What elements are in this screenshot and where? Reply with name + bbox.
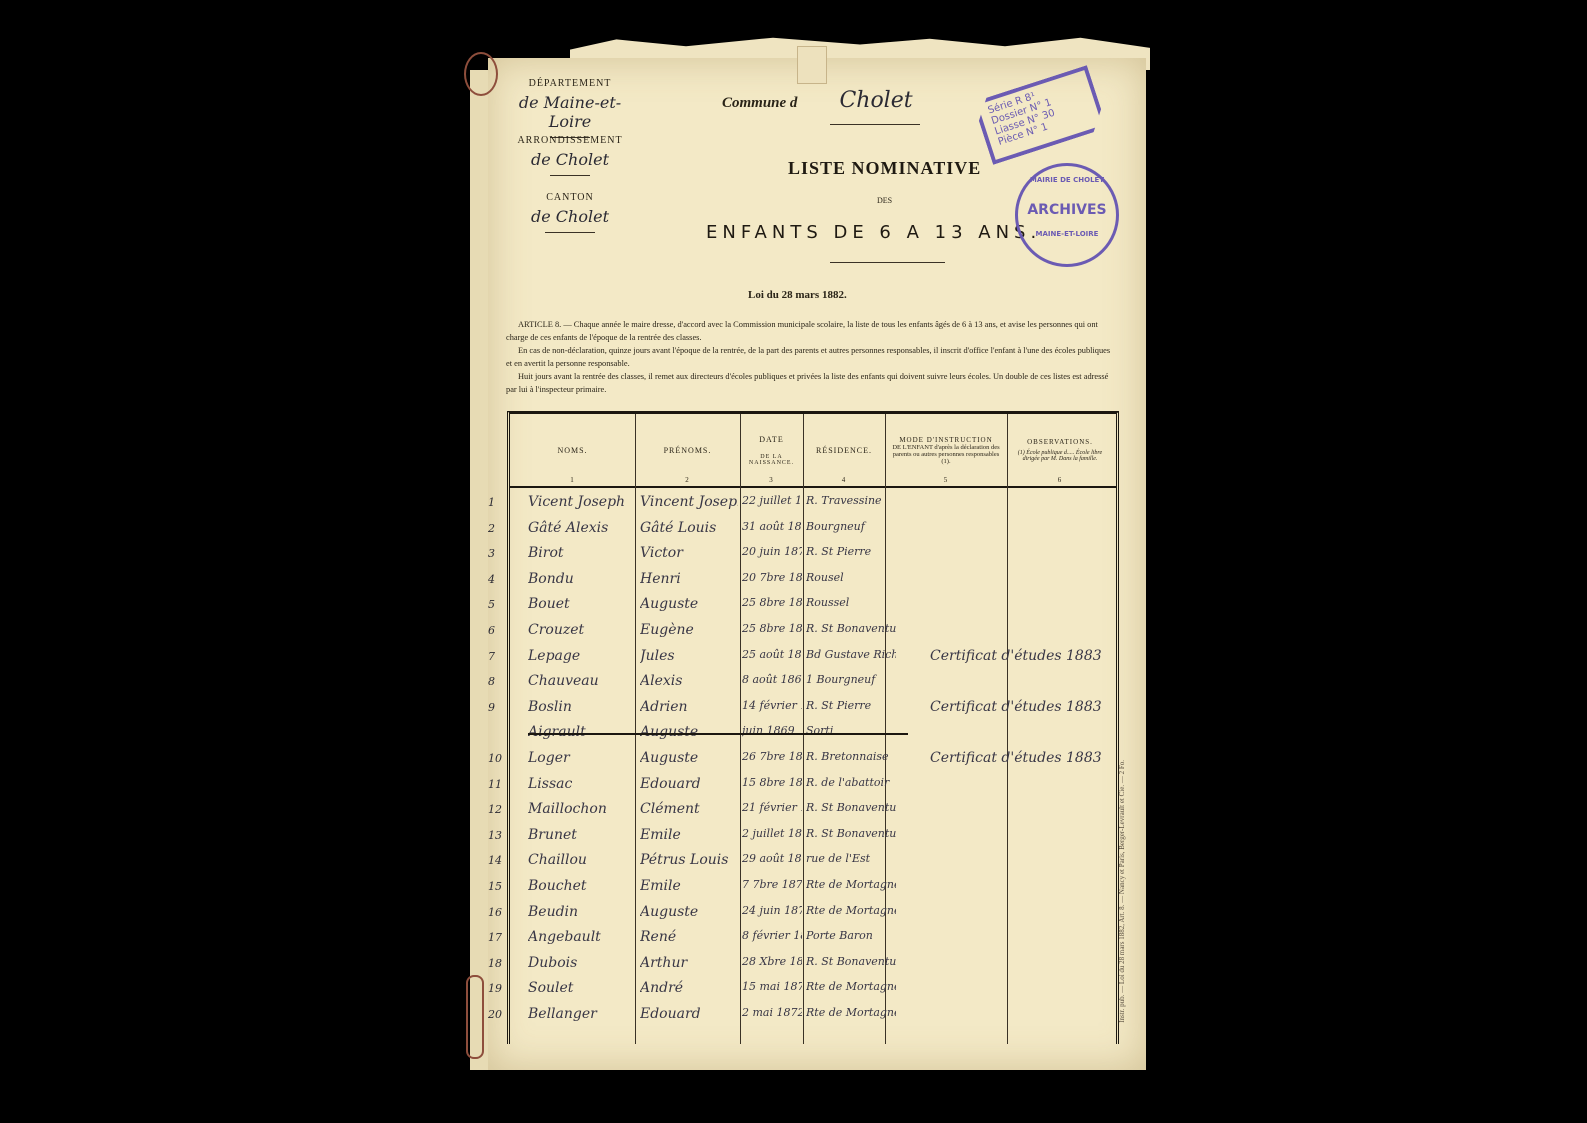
cell-residence: R. St Bonaventure (806, 955, 896, 968)
cell-prenom: Edouard (640, 776, 738, 792)
row-number: 13 (488, 829, 502, 842)
table-row: 1Vicent JosephVincent Joseph22 juillet 1… (510, 490, 1116, 516)
table-row: 14ChaillouPétrus Louis29 août 1870rue de… (510, 848, 1116, 874)
table-row: 18DuboisArthur28 Xbre 1873R. St Bonavent… (510, 951, 1116, 977)
cell-residence: Rte de Mortagne (806, 904, 896, 917)
cell-prenom: Clément (640, 801, 738, 817)
cell-date: 14 février 1871 (742, 699, 802, 712)
table-row: 2Gâté AlexisGâté Louis31 août 1871Bourgn… (510, 516, 1116, 542)
departement-label: DÉPARTEMENT (500, 78, 640, 89)
cell-date: 15 8bre 1870 (742, 776, 802, 789)
cell-date: 24 juin 1870 (742, 904, 802, 917)
table-row: 13BrunetEmile2 juillet 1870R. St Bonaven… (510, 823, 1116, 849)
commune-value: Cholet (839, 88, 912, 113)
cell-prenom: Pétrus Louis (640, 852, 738, 868)
row-number: 6 (488, 624, 495, 637)
table-row: 7LepageJules25 août 1870Bd Gustave Richa… (510, 644, 1116, 670)
document-subtitle: ENFANTS DE 6 A 13 ANS. (706, 222, 1041, 243)
cell-prenom: Auguste (640, 904, 738, 920)
commune-label: Commune d (722, 95, 797, 111)
table-row: 17AngebaultRené8 février 1872Porte Baron (510, 925, 1116, 951)
table-row: 12MaillochonClément21 février 1869R. St … (510, 797, 1116, 823)
cell-nom: Bondu (528, 571, 633, 587)
cell-date: 2 juillet 1870 (742, 827, 802, 840)
strikethrough-line (528, 733, 908, 735)
row-number: 2 (488, 522, 495, 535)
table-row: AigraultAugustejuin 1869Sorti (510, 720, 1116, 746)
cell-date: 25 8bre 1870 (742, 596, 802, 609)
document-title: LISTE NOMINATIVE (788, 158, 981, 179)
stamp-center-text: ARCHIVES (1018, 202, 1116, 218)
cell-nom: Lissac (528, 776, 633, 792)
article-paragraph: En cas de non-déclaration, quinze jours … (506, 344, 1116, 370)
cell-residence: 1 Bourgneuf (806, 673, 896, 686)
cell-nom: Crouzet (528, 622, 633, 638)
cell-residence: R. Travessine (806, 494, 896, 507)
cell-date: 25 août 1870 (742, 648, 802, 661)
cell-nom: Beudin (528, 904, 633, 920)
column-header-mode-instruction: MODE D'INSTRUCTIONDE L'ENFANT d'après la… (885, 414, 1007, 486)
cell-residence: Bourgneuf (806, 520, 896, 533)
arrondissement-block: ARRONDISSEMENT de Cholet (500, 135, 640, 182)
row-number: 5 (488, 598, 495, 611)
cell-residence: Roussel (806, 596, 896, 609)
row-number: 1 (488, 496, 495, 509)
table-row: 10LogerAuguste26 7bre 1871R. Bretonnaise… (510, 746, 1116, 772)
cell-residence: Rousel (806, 571, 896, 584)
cell-nom: Vicent Joseph (528, 494, 633, 510)
article-paragraph: ARTICLE 8. — Chaque année le maire dress… (506, 318, 1116, 344)
row-number: 9 (488, 701, 495, 714)
table-row: 19SouletAndré15 mai 1871Rte de Mortagne (510, 976, 1116, 1002)
cell-residence: Rte de Mortagne (806, 878, 896, 891)
cell-residence: Sorti (806, 724, 896, 737)
cell-prenom: Emile (640, 827, 738, 843)
table-row: 3BirotVictor20 juin 1870R. St Pierre (510, 541, 1116, 567)
cell-nom: Brunet (528, 827, 633, 843)
row-number: 8 (488, 675, 495, 688)
cell-date: juin 1869 (742, 724, 802, 737)
table-row: 16BeudinAuguste24 juin 1870Rte de Mortag… (510, 900, 1116, 926)
cell-prenom: Victor (640, 545, 738, 561)
cell-date: 20 juin 1870 (742, 545, 802, 558)
cell-residence: Bd Gustave Richard (806, 648, 896, 661)
cell-residence: R. St Pierre (806, 545, 896, 558)
cell-residence: Porte Baron (806, 929, 896, 942)
article-text: ARTICLE 8. — Chaque année le maire dress… (506, 318, 1116, 396)
row-number: 14 (488, 854, 502, 867)
cell-prenom: Emile (640, 878, 738, 894)
table-row: 6CrouzetEugène25 8bre 1870R. St Bonavent… (510, 618, 1116, 644)
cell-prenom: Henri (640, 571, 738, 587)
cell-nom: Dubois (528, 955, 633, 971)
table-row: 4BonduHenri20 7bre 1869Rousel (510, 567, 1116, 593)
cell-date: 8 février 1872 (742, 929, 802, 942)
cell-date: 31 août 1871 (742, 520, 802, 533)
canton-label: CANTON (500, 192, 640, 203)
cell-date: 21 février 1869 (742, 801, 802, 814)
cell-prenom: Auguste (640, 596, 738, 612)
cell-prenom: Gâté Louis (640, 520, 738, 536)
stamp-top-text: MAIRIE DE CHOLET (1018, 176, 1116, 184)
table-row: 9BoslinAdrien14 février 1871R. St Pierre… (510, 695, 1116, 721)
row-number: 7 (488, 650, 495, 663)
ornament-divider (830, 262, 945, 263)
cell-nom: Chauveau (528, 673, 633, 689)
cell-prenom: Auguste (640, 724, 738, 740)
cell-date: 25 8bre 1870 (742, 622, 802, 635)
cell-date: 20 7bre 1869 (742, 571, 802, 584)
arrondissement-value: de Cholet (500, 150, 640, 169)
title-des: DES (877, 196, 892, 205)
enfants-table: NOMS.1 PRÉNOMS.2 DATEDE LA NAISSANCE.3 R… (507, 411, 1119, 1044)
canton-value: de Cholet (500, 207, 640, 226)
column-header-observations: OBSERVATIONS.(1) École publique d..... É… (1007, 414, 1113, 486)
cell-prenom: Edouard (640, 1006, 738, 1022)
cell-nom: Gâté Alexis (528, 520, 633, 536)
cell-prenom: Arthur (640, 955, 738, 971)
table-row: 8ChauveauAlexis8 août 18691 Bourgneuf (510, 669, 1116, 695)
cell-date: 26 7bre 1871 (742, 750, 802, 763)
commune-line: Commune d Cholet (722, 88, 913, 113)
cell-residence: Rte de Mortagne (806, 980, 896, 993)
table-row: 15BouchetEmile7 7bre 1872Rte de Mortagne (510, 874, 1116, 900)
cell-prenom: André (640, 980, 738, 996)
arrondissement-label: ARRONDISSEMENT (500, 135, 640, 146)
row-number: 15 (488, 880, 502, 893)
binding-string-icon (464, 52, 498, 96)
cell-residence: R. St Bonaventure (806, 801, 896, 814)
row-number: 12 (488, 803, 502, 816)
column-header-prenoms: PRÉNOMS.2 (635, 414, 740, 486)
column-header-residence: RÉSIDENCE.4 (803, 414, 885, 486)
row-number: 19 (488, 982, 502, 995)
cell-nom: Soulet (528, 980, 633, 996)
cell-residence: R. St Bonaventure (806, 622, 896, 635)
cell-nom: Chaillou (528, 852, 633, 868)
cell-nom: Boslin (528, 699, 633, 715)
cell-residence: rue de l'Est (806, 852, 896, 865)
paper-flap (797, 46, 827, 84)
cell-prenom: Vincent Joseph (640, 494, 738, 510)
departement-value: de Maine-et-Loire (500, 93, 640, 131)
cell-nom: Maillochon (528, 801, 633, 817)
cell-date: 22 juillet 1869 (742, 494, 802, 507)
cell-observation: Certificat d'études 1883 (930, 699, 1110, 715)
stamp-bottom-text: MAINE-ET-LOIRE (1018, 230, 1116, 238)
cell-date: 28 Xbre 1873 (742, 955, 802, 968)
cell-observation: Certificat d'études 1883 (930, 750, 1110, 766)
column-header-date: DATEDE LA NAISSANCE.3 (740, 414, 803, 486)
cell-residence: R. St Bonaventure (806, 827, 896, 840)
cell-prenom: Auguste (640, 750, 738, 766)
cell-prenom: Jules (640, 648, 738, 664)
cell-date: 8 août 1869 (742, 673, 802, 686)
column-header-noms: NOMS.1 (510, 414, 635, 486)
cell-residence: R. Bretonnaise (806, 750, 896, 763)
cell-prenom: Adrien (640, 699, 738, 715)
article-paragraph: Huit jours avant la rentrée des classes,… (506, 370, 1116, 396)
table-row: 11LissacEdouard15 8bre 1870R. de l'abatt… (510, 772, 1116, 798)
cell-nom: Angebault (528, 929, 633, 945)
cell-nom: Bouchet (528, 878, 633, 894)
row-number: 4 (488, 573, 495, 586)
cell-nom: Lepage (528, 648, 633, 664)
cell-date: 29 août 1870 (742, 852, 802, 865)
printer-note: Instr. pub. — Loi du 28 mars 1882, Art. … (1118, 760, 1126, 1023)
row-number: 16 (488, 906, 502, 919)
cell-nom: Birot (528, 545, 633, 561)
cell-residence: R. de l'abattoir (806, 776, 896, 789)
canton-block: CANTON de Cholet (500, 192, 640, 239)
row-number: 3 (488, 547, 495, 560)
table-row: 20BellangerEdouard2 mai 1872Rte de Morta… (510, 1002, 1116, 1028)
cell-nom: Bellanger (528, 1006, 633, 1022)
binding-string-icon (466, 975, 484, 1059)
cell-observation: Certificat d'études 1883 (930, 648, 1110, 664)
cell-date: 7 7bre 1872 (742, 878, 802, 891)
cell-date: 15 mai 1871 (742, 980, 802, 993)
row-number: 11 (488, 778, 502, 791)
cell-prenom: Alexis (640, 673, 738, 689)
row-number: 17 (488, 931, 502, 944)
mairie-archives-stamp: MAIRIE DE CHOLET ARCHIVES MAINE-ET-LOIRE (1015, 163, 1119, 267)
cell-prenom: René (640, 929, 738, 945)
law-reference: Loi du 28 mars 1882. (748, 289, 847, 301)
cell-date: 2 mai 1872 (742, 1006, 802, 1019)
cell-nom: Loger (528, 750, 633, 766)
cell-residence: R. St Pierre (806, 699, 896, 712)
table-row: 5BouetAuguste25 8bre 1870Roussel (510, 592, 1116, 618)
row-number: 10 (488, 752, 502, 765)
row-number: 20 (488, 1008, 502, 1021)
cell-prenom: Eugène (640, 622, 738, 638)
cell-residence: Rte de Mortagne (806, 1006, 896, 1019)
cell-nom: Bouet (528, 596, 633, 612)
row-number: 18 (488, 957, 502, 970)
cell-nom: Aigrault (528, 724, 633, 740)
